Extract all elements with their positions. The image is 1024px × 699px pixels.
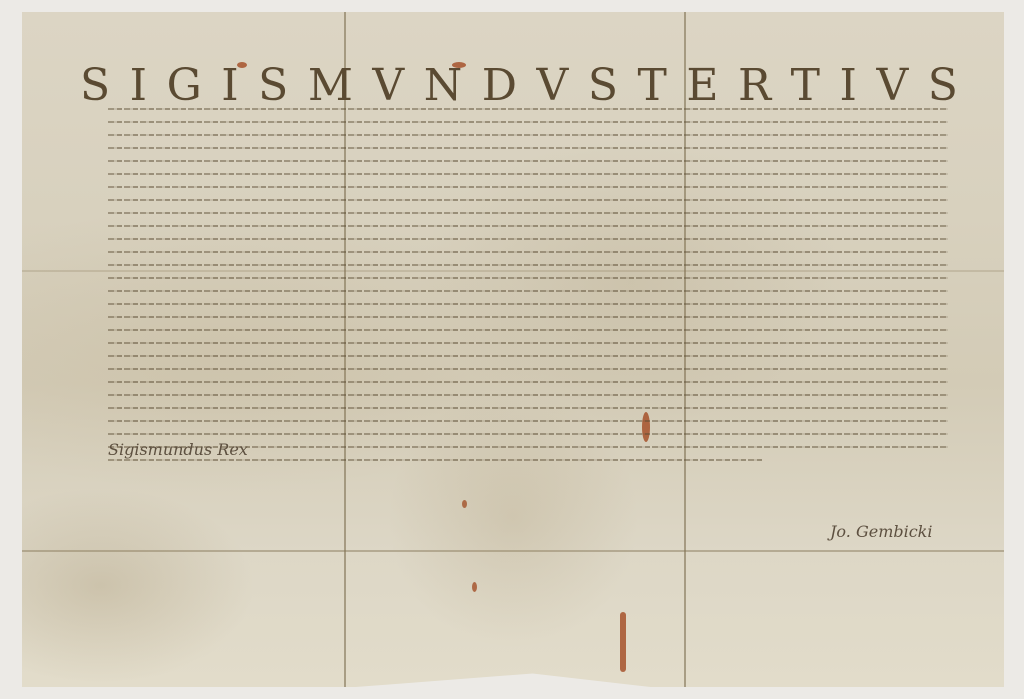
script-line: [108, 342, 948, 344]
heading-letter: I: [840, 60, 859, 111]
script-line: [108, 186, 948, 188]
heading-letter: T: [637, 60, 668, 111]
heading-letter: G: [167, 60, 204, 111]
script-line: [108, 238, 948, 240]
script-line: [108, 225, 948, 227]
heading-letter: S: [928, 60, 960, 111]
heading-letter: N: [424, 60, 465, 111]
rust-stain: [620, 612, 626, 672]
script-line: [108, 420, 948, 422]
script-line: [108, 160, 948, 162]
heading-letter: E: [686, 60, 720, 111]
script-line: [108, 303, 948, 305]
script-line: [108, 121, 948, 123]
script-line: [108, 199, 948, 201]
script-line: [108, 316, 948, 318]
script-line: [108, 134, 948, 136]
heading-letter: M: [308, 60, 355, 111]
script-line: [108, 433, 948, 435]
heading-letter: V: [372, 60, 406, 111]
script-line: [108, 329, 948, 331]
script-line: [108, 264, 948, 266]
heading-letter: V: [876, 60, 910, 111]
heading-letter: D: [482, 60, 519, 111]
heading-letter: V: [537, 60, 571, 111]
script-line: [108, 381, 948, 383]
script-line: [108, 394, 948, 396]
script-line: [108, 251, 948, 253]
script-line: [108, 147, 948, 149]
fold-line: [22, 550, 1004, 552]
script-line: [108, 407, 948, 409]
heading-letter: S: [80, 60, 112, 111]
heading-letter: S: [258, 60, 290, 111]
document-heading: S I G I S M V N D V S T E R T I V S: [80, 60, 960, 111]
script-line: [108, 355, 948, 357]
script-line: [108, 459, 763, 461]
script-line: [108, 277, 948, 279]
rust-stain: [472, 582, 477, 592]
handwritten-body-text: [108, 108, 948, 472]
heading-letter: I: [130, 60, 149, 111]
signature-right: Jo. Gembicki: [830, 522, 933, 541]
rust-stain: [462, 500, 467, 508]
heading-letter: I: [221, 60, 240, 111]
heading-letter: T: [791, 60, 822, 111]
script-line: [108, 173, 948, 175]
signature-left: Sigismundus Rex: [108, 440, 248, 459]
script-line: [108, 212, 948, 214]
script-line: [108, 290, 948, 292]
heading-letter: R: [738, 60, 773, 111]
script-line: [108, 108, 948, 110]
heading-letter: S: [588, 60, 620, 111]
script-line: [108, 368, 948, 370]
